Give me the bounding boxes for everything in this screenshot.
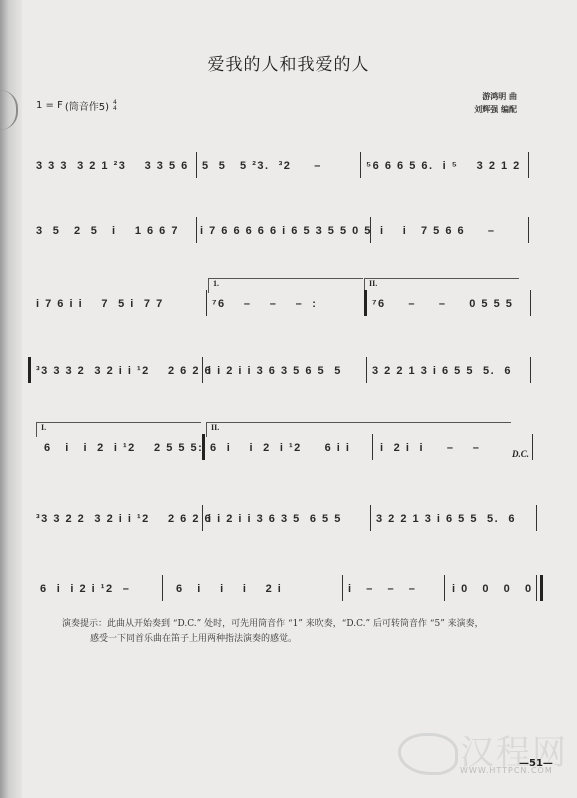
measure: ³3 3 3 2 3 2 i i ¹2 2 6 2 6: [36, 365, 212, 377]
page-number: —51—: [519, 758, 553, 769]
repeat-barline: [202, 434, 205, 460]
da-capo-marking: D.C.: [512, 449, 529, 459]
repeat-barline: [364, 290, 367, 316]
key-value: 1 = F: [36, 100, 63, 111]
composer: 游鸿明 曲: [474, 90, 517, 103]
credits: 游鸿明 曲 刘辉强 编配: [474, 90, 517, 116]
measure: 6 i i 2 i ¹2 6 i i: [210, 442, 350, 454]
final-barline-thick: [540, 575, 543, 601]
measure: i – – –: [348, 583, 416, 595]
barline: [370, 217, 371, 243]
barline: [528, 217, 529, 243]
measure: ⁷6 – – – :: [212, 298, 317, 310]
barline: [532, 434, 533, 460]
barline: [366, 357, 367, 383]
barline: [360, 152, 361, 178]
barline: [196, 152, 197, 178]
performance-tip: 演奏提示：此曲从开始奏到 “D.C.” 处时，可先用筒音作 “1” 来吹奏，“D…: [62, 617, 552, 647]
measure: 5 5 5 ²3. ³2 –: [202, 160, 322, 172]
measure: 6 i i i 2 i: [176, 583, 282, 595]
measure: i 2 i i – –: [380, 442, 480, 454]
measure: i i 7 5 6 6 –: [380, 225, 496, 237]
barline: [530, 357, 531, 383]
measure: i 0 0 0 0: [452, 583, 533, 595]
fingering-note: (筒音作5): [65, 98, 109, 113]
score-row-3: i 7 6 i i 7 5 i 7 7 ⁷6 – – – : ⁷6 – – 0 …: [30, 290, 540, 326]
score-row-4: ³3 3 3 2 3 2 i i ¹2 2 6 2 6 i i 2 i i 3 …: [30, 357, 540, 393]
measure: ³3 3 2 2 3 2 i i ¹2 2 6 2 6: [36, 513, 212, 525]
barline: [202, 505, 203, 531]
song-title: 爱我的人和我爱的人: [0, 50, 577, 75]
watermark-logo-icon: [398, 733, 458, 775]
repeat-start-barline: [28, 357, 31, 383]
measure: i i 2 i i 3 6 3 5 6 5 5: [208, 513, 342, 525]
barline: [444, 575, 445, 601]
barline: [370, 505, 371, 531]
time-signature: 4 4: [113, 100, 117, 112]
measure: 3 5 2 5 i 1 6 6 7: [36, 225, 179, 237]
barline: [162, 575, 163, 601]
measure: ⁵6 6 6 5 6. i ⁵ 3 2 1 2: [366, 160, 521, 172]
barline: [196, 217, 197, 243]
measure: i 7 6 6 6 6 6 i 6 5 3 5 5 0 5: [200, 225, 372, 237]
measure: ⁷6 – – 0 5 5 5: [372, 298, 513, 310]
measure: 3 3 3 3 2 1 ²3 3 3 5 6: [36, 160, 189, 172]
barline: [536, 505, 537, 531]
barline: [206, 290, 207, 316]
measure: i 7 6 i i 7 5 i 7 7: [36, 298, 164, 310]
measure: i i 2 i i 3 6 3 5 6 5 5: [208, 365, 342, 377]
score-row-2: 3 5 2 5 i 1 6 6 7 i 7 6 6 6 6 6 i 6 5 3 …: [30, 217, 540, 253]
tip-line-2: 感受一下同首乐曲在笛子上用两种指法演奏的感觉。: [62, 632, 552, 647]
barline: [342, 575, 343, 601]
measure: 3 2 2 1 3 i 6 5 5 5. 6: [376, 513, 516, 525]
score-row-5: 6 i i 2 i ¹2 2 5 5 5: 6 i i 2 i ¹2 6 i i…: [30, 434, 540, 470]
measure: 6 i i 2 i ¹2 2 5 5 5:: [44, 442, 203, 454]
arranger: 刘辉强 编配: [474, 103, 517, 116]
key-signature: 1 = F (筒音作5) 4 4: [36, 98, 117, 113]
barline: [372, 434, 373, 460]
score-row-1: 3 3 3 3 2 1 ²3 3 3 5 6 5 5 5 ²3. ³2 – ⁵6…: [30, 152, 540, 188]
measure: 6 i i 2 i ¹2 –: [40, 583, 130, 595]
barline: [528, 152, 529, 178]
score-row-7: 6 i i 2 i ¹2 – 6 i i i 2 i i – – – i 0 0…: [30, 575, 540, 611]
barline: [530, 290, 531, 316]
measure: 3 2 2 1 3 i 6 5 5 5. 6: [372, 365, 512, 377]
final-barline-thin: [536, 575, 537, 601]
score-row-6: ³3 3 2 2 3 2 i i ¹2 2 6 2 6 i i 2 i i 3 …: [30, 505, 540, 541]
barline: [202, 357, 203, 383]
tip-line-1: 演奏提示：此曲从开始奏到 “D.C.” 处时，可先用筒音作 “1” 来吹奏，“D…: [62, 617, 552, 632]
